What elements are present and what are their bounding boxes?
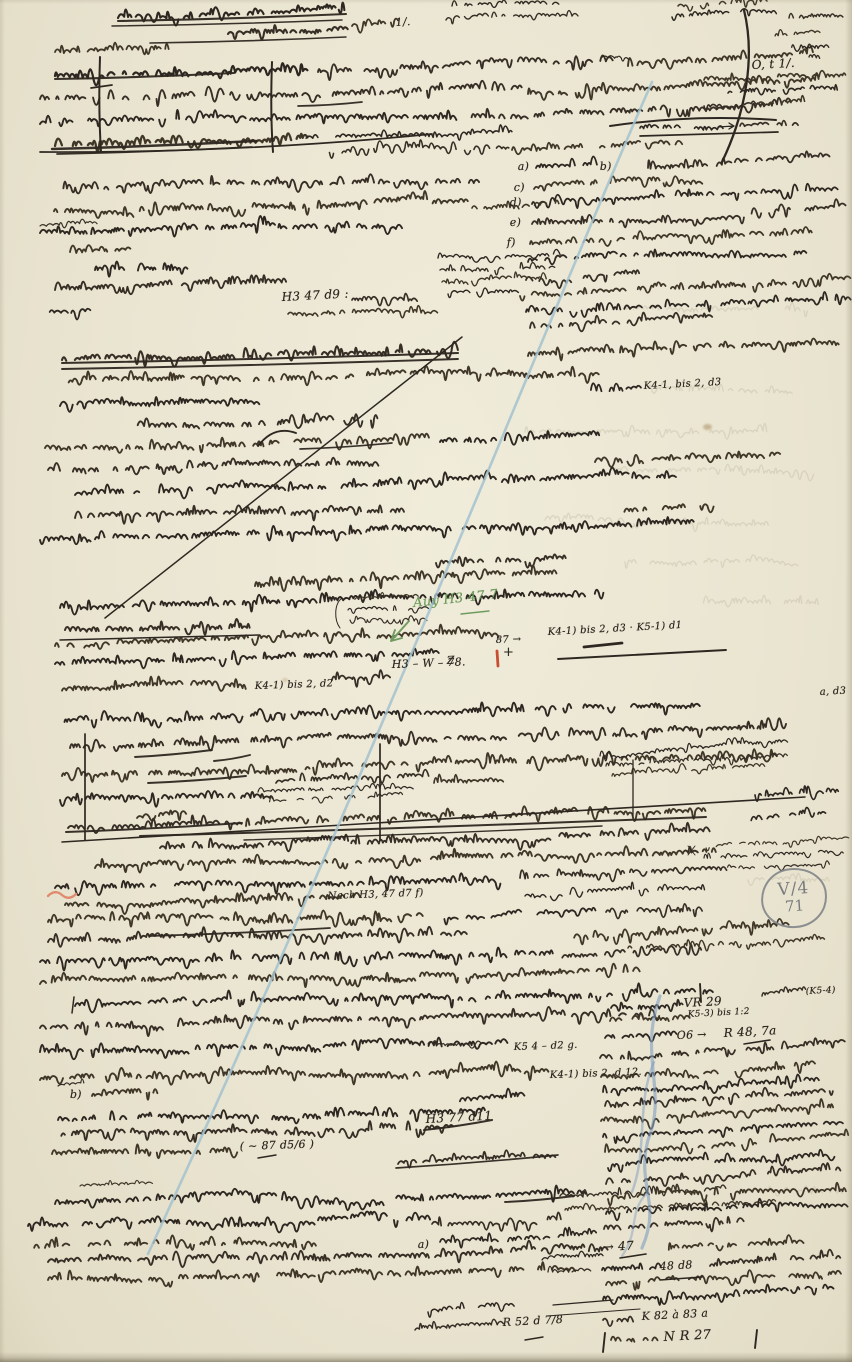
handwriting-line (62, 675, 252, 694)
handwriting-line (55, 1183, 586, 1216)
handwriting-line (48, 923, 467, 950)
bracket-tick (91, 85, 112, 88)
bracket-left-1 (99, 57, 101, 152)
legible-token: 48 d8 (659, 1258, 693, 1273)
handwriting-line (809, 54, 831, 60)
handwriting-line (444, 907, 602, 925)
strikethrough-line (118, 14, 346, 21)
strikethrough-line (135, 750, 212, 757)
handwriting-line (446, 9, 578, 24)
handwriting-line (438, 249, 560, 264)
red-tilde (48, 892, 76, 898)
handwriting-line (604, 1216, 744, 1237)
note-dash (553, 1300, 613, 1305)
handwriting-line (415, 1318, 504, 1330)
handwriting-line (48, 1239, 608, 1269)
handwriting-line (574, 918, 789, 946)
handwriting-line (640, 123, 723, 131)
strikethrough-line (298, 102, 362, 106)
handwriting-line (672, 8, 777, 21)
handwriting-line (520, 861, 727, 885)
handwriting-line (440, 261, 555, 277)
handwriting-line (63, 171, 479, 196)
handwriting-line (288, 305, 438, 322)
handwriting-line (62, 745, 784, 783)
handwriting-line (448, 287, 519, 298)
legible-token: O, t 1/. (751, 56, 795, 72)
handwriting-line (534, 173, 703, 191)
stamp-page-number: 71 (785, 898, 805, 915)
paper-stain (703, 424, 712, 430)
handwriting-line (40, 105, 460, 129)
legible-token: f) (507, 236, 516, 249)
handwriting-line (52, 1143, 237, 1161)
nr-bar-right (755, 1330, 757, 1348)
underline-52 (525, 1337, 543, 1340)
handwriting-line (40, 1061, 549, 1090)
handwriting-line (75, 502, 404, 524)
handwriting-line (40, 963, 640, 992)
handwriting-line (40, 214, 402, 241)
handwriting-line (95, 260, 188, 277)
strikethrough-line (214, 755, 250, 761)
handwriting-line (789, 11, 843, 20)
handwriting-line (709, 1249, 840, 1266)
handwriting-line (54, 190, 468, 219)
handwriting-line (775, 28, 826, 36)
ghost-bleedthrough-line (545, 513, 769, 533)
formula-underline (558, 650, 726, 659)
handwriting-line (512, 138, 683, 154)
handwriting-line (706, 835, 849, 852)
paper-stain (282, 678, 288, 682)
gemerkt-underline (640, 132, 778, 136)
handwriting-line (332, 670, 391, 688)
legible-token: H3 – W – 78. (392, 655, 466, 671)
legible-token: b) (70, 1088, 82, 1101)
strikethrough-line (148, 776, 246, 783)
handwriting-line (60, 395, 260, 412)
handwriting-line (762, 986, 806, 996)
handwriting-line (668, 1234, 803, 1253)
handwriting-line (528, 244, 807, 266)
handwriting-line (40, 1036, 516, 1060)
handwriting-line (602, 1262, 661, 1271)
handwriting-line (612, 759, 765, 778)
handwriting-line (751, 806, 835, 820)
handwriting-line (624, 503, 714, 515)
handwriting-line (80, 1180, 153, 1186)
handwriting-line (611, 1335, 662, 1343)
handwriting-line (137, 810, 195, 821)
handwriting-line (434, 772, 504, 784)
handwriting-line (48, 1262, 575, 1289)
handwriting-line (70, 244, 131, 253)
handwriting-line (40, 219, 97, 228)
handwriting-line (255, 565, 557, 593)
handwriting-line (526, 291, 851, 320)
handwriting-line (92, 1089, 158, 1101)
handwriting-line (436, 553, 566, 571)
handwriting-line (442, 271, 547, 287)
legible-token: b) (600, 160, 612, 173)
handwriting-line (428, 1299, 523, 1317)
handwriting-line (628, 934, 825, 954)
green-underline (461, 611, 489, 614)
bold-dash (584, 643, 622, 647)
ghost-bleedthrough-line (703, 594, 818, 608)
underline-87 (258, 1155, 276, 1158)
green-arrow (391, 621, 409, 641)
strikethrough-line (150, 37, 346, 43)
legible-token: R 48, 7a (723, 1023, 777, 1040)
legible-token: a, d3 (819, 686, 846, 698)
legible-token: → 47 (603, 1238, 634, 1254)
handwriting-line (65, 619, 264, 638)
handwriting-line (606, 903, 702, 919)
legible-token: + (503, 645, 514, 660)
legible-token: d) (510, 196, 522, 209)
religion-bracket (72, 997, 74, 1013)
handwriting-line (648, 150, 830, 169)
handwriting-line (60, 790, 273, 808)
legible-token: K5 4 – d2 g. (514, 1040, 578, 1053)
handwriting-line (740, 120, 798, 126)
handwriting-line (562, 944, 701, 960)
handwriting-line (276, 769, 429, 787)
handwriting-line (591, 382, 641, 392)
ghost-bleedthrough-line (624, 300, 808, 317)
legible-token: e) (510, 216, 522, 229)
handwriting-line (606, 1162, 849, 1189)
handwriting-line (528, 73, 819, 102)
red-tick (497, 651, 498, 666)
legible-token: c) (514, 181, 526, 194)
handwriting-line (605, 1031, 677, 1044)
strikethrough-line (505, 1196, 574, 1202)
handwriting-line (48, 456, 379, 476)
nr-bar-left (603, 1333, 605, 1352)
handwriting-line (704, 846, 844, 863)
legible-token: O6 → (677, 1028, 707, 1042)
strikethrough-line (62, 359, 458, 369)
handwriting-line (600, 1037, 846, 1063)
handwriting-line (603, 1120, 844, 1144)
ghost-bleedthrough-line (525, 419, 767, 440)
handwriting-line (352, 293, 417, 307)
handwriting-line (318, 54, 613, 81)
handwriting-line (34, 1233, 316, 1254)
handwriting-line (58, 1105, 485, 1128)
legible-token: a) (418, 1238, 430, 1251)
bracket-left-2 (271, 62, 273, 152)
handwriting-line (452, 0, 575, 9)
handwriting-line (603, 1316, 640, 1326)
handwriting-line (28, 1210, 430, 1236)
handwriting-line (55, 646, 439, 671)
handwriting-line (536, 156, 597, 168)
handwriting-line (530, 310, 713, 333)
handwriting-line (350, 614, 427, 627)
handwriting-line (40, 1005, 660, 1038)
legible-token: (K5-4) (805, 985, 836, 997)
manuscript-page: 1/.O, t 1/.a)b)c)d)e)f)H3 47 d9 :K4-1, b… (0, 0, 852, 1362)
handwriting-line (595, 449, 781, 468)
handwriting-line (138, 412, 378, 432)
handwriting-line (459, 1088, 524, 1101)
brace-tiny (336, 598, 342, 628)
ghost-bleedthrough-line (625, 553, 798, 571)
legible-token: a) (518, 160, 530, 173)
handwriting-line (48, 906, 432, 931)
legible-token: N R 27 (663, 1328, 712, 1345)
handwriting-line (40, 515, 694, 548)
handwriting-line (525, 880, 705, 902)
legible-token: ( ~ 87 d5/6 ) (240, 1137, 315, 1153)
handwriting-line (269, 791, 402, 805)
handwriting-line (55, 275, 286, 296)
handwriting-line (532, 182, 838, 210)
legible-token: 1/. (395, 15, 411, 29)
handwriting-line (50, 309, 91, 320)
handwriting-line (432, 1212, 562, 1234)
handwriting-line (40, 945, 553, 972)
strikethrough-line (300, 443, 392, 449)
handwriting-line (611, 999, 683, 1014)
handwriting-line (530, 224, 812, 252)
handwriting-line (352, 18, 399, 33)
handwriting-line (528, 333, 846, 363)
handwriting-layer (0, 0, 852, 1362)
